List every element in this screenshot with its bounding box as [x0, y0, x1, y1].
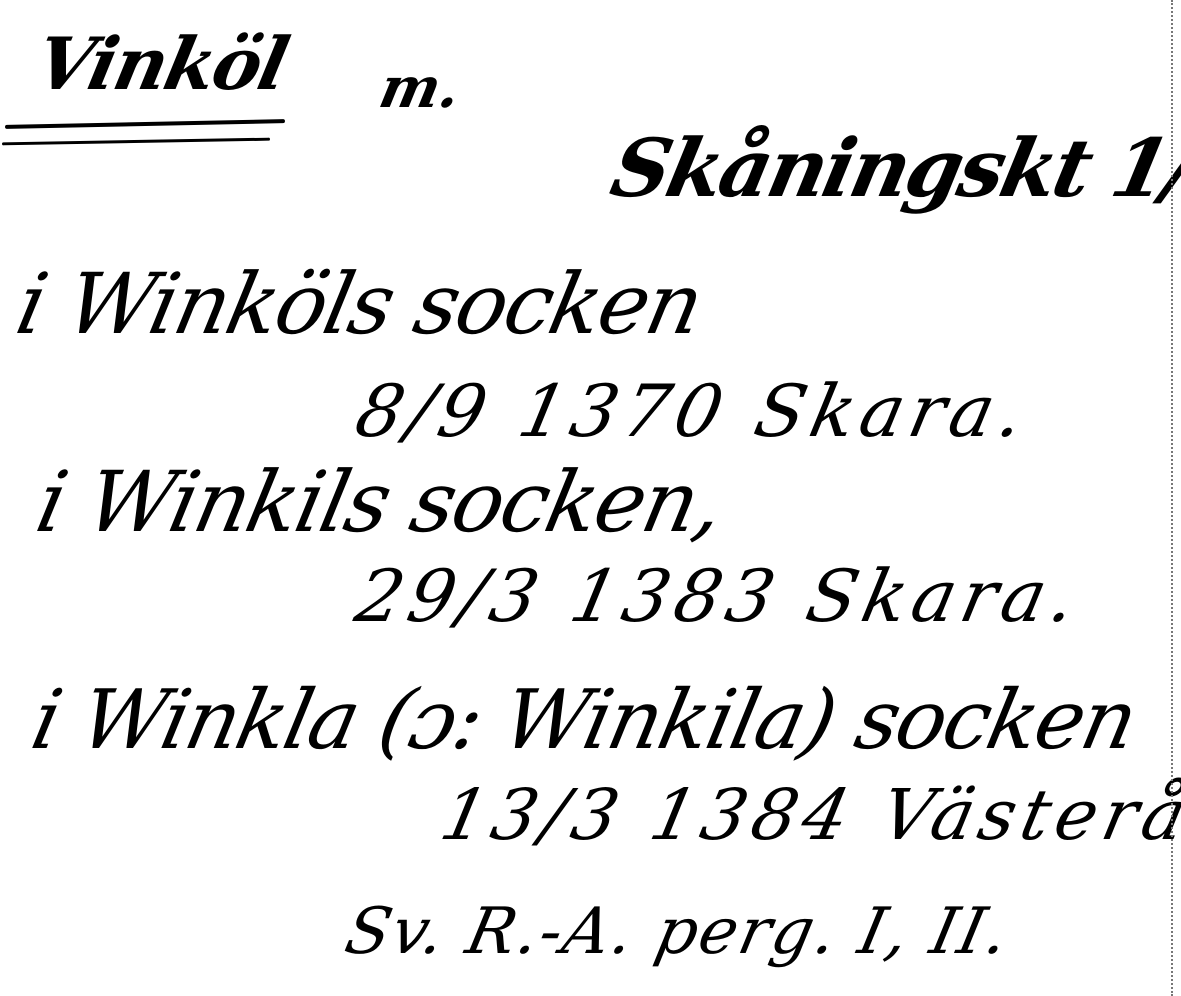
gloss: Skåningskt 1/2: [605, 128, 1181, 208]
headword-underline: [5, 119, 285, 129]
entry-1-date: 8/9 1370: [349, 369, 737, 453]
part-of-speech: m.: [375, 60, 466, 116]
entry-3-text: i Winkla (ɔ: Winkila) socken: [25, 680, 1142, 762]
headword-underline-second: [2, 138, 270, 146]
entry-1-place: Skara.: [748, 369, 1038, 453]
entry-1-date-place: 8/9 1370 Skara.: [350, 375, 1036, 447]
entry-1-text: i Winköls socken: [10, 262, 709, 346]
entry-2-place: Skara.: [799, 554, 1089, 638]
entry-2-text: i Winkils socken,: [30, 460, 730, 544]
source-reference: Sv. R.-A. perg. I, II.: [340, 900, 1016, 964]
entry-2-date: 29/3 1383: [349, 554, 789, 638]
headword: Vinköl: [30, 28, 293, 100]
card-edge: [1171, 0, 1173, 996]
entry-3-date: 13/3 1384: [434, 774, 863, 856]
archival-slip: Vinköl m. Skåningskt 1/2 i Winköls socke…: [0, 0, 1181, 996]
entry-3-date-place: 13/3 1384 Västerås.: [435, 780, 1181, 850]
entry-3-place: Västerås.: [874, 774, 1181, 856]
entry-2-date-place: 29/3 1383 Skara.: [350, 560, 1088, 632]
